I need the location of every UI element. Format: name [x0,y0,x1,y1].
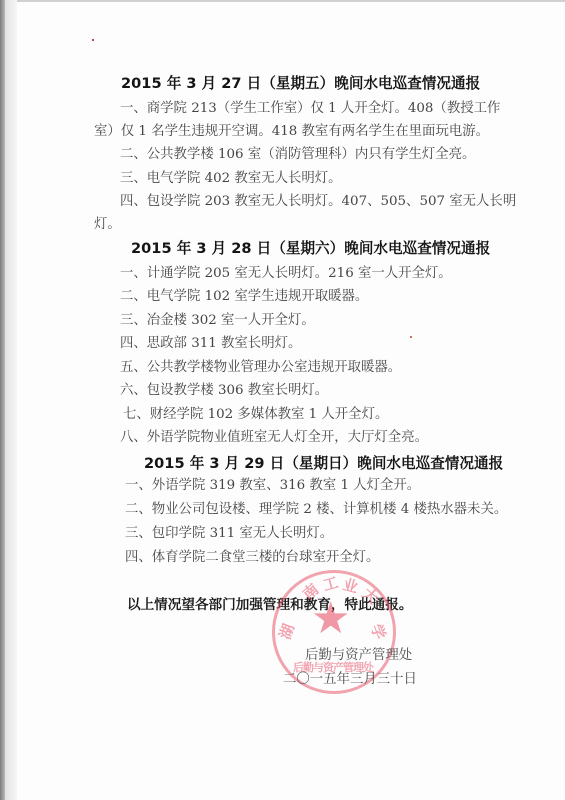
seal-char: 湖 [274,621,299,642]
section-title-0329: 2015 年 3 月 29 日（星期日）晚间水电巡查情况通报 [144,455,503,473]
signature-date: 二〇一五年三月三十日 [283,672,417,688]
report-line: 一、商学院 213（学生工作室）仅 1 人开全灯。408（教授工作 [120,101,500,117]
report-line: 一、计通学院 205 室无人长明灯。216 室一人开全灯。 [120,266,452,282]
report-line: 六、包设教学楼 306 教室长明灯。 [120,383,328,399]
report-line: 八、外语学院物业值班室无人灯全开，大厅灯全亮。 [120,430,428,446]
section-title-0327: 2015 年 3 月 27 日（星期五）晚间水电巡查情况通报 [121,75,480,93]
scan-speck [92,39,94,41]
report-line: 五、公共教学楼物业管理办公室违规开取暖器。 [120,360,401,376]
seal-char: 大 [358,583,383,609]
report-line: 三、冶金楼 302 室一人开全灯。 [120,313,315,329]
report-line: 灯。 [94,217,121,233]
report-line: 二、电气学院 102 室学生违规开取暖器。 [120,289,368,305]
report-line: 三、电气学院 402 教室无人长明灯。 [120,171,342,187]
report-line: 室）仅 1 名学生违规开空调。418 教室有两名学生在里面玩电游。 [94,124,489,140]
report-line: 四、体育学院二食堂三楼的台球室开全灯。 [125,550,379,566]
report-line: 二、物业公司包设楼、理学院 2 楼、计算机楼 4 楼热水器未关。 [125,502,507,518]
report-line: 二、公共教学楼 106 室（消防管理科）内只有学生灯全亮。 [120,147,475,163]
report-line: 三、包印学院 311 室无人长明灯。 [125,526,333,542]
seal-char: 业 [341,573,361,597]
scan-edge-highlight [5,0,17,800]
seal-char: 学 [366,621,391,642]
signature-department: 后勤与资产管理处 [305,648,412,664]
seal-star-icon: ★ [311,597,350,641]
report-line: 一、外语学院 319 教室、316 教室 1 人灯全开。 [125,478,420,494]
report-line: 四、包设学院 203 教室无人长明灯。407、505、507 室无人长明 [120,194,516,210]
scan-top-edge [17,0,565,2]
seal-char: 工 [321,571,341,595]
section-title-0328: 2015 年 3 月 28 日（星期六）晚间水电巡查情况通报 [131,240,490,258]
report-line: 四、思政部 311 教室长明灯。 [120,336,301,352]
scan-speck [410,336,412,338]
report-line: 七、财经学院 102 多媒体教室 1 人开全灯。 [123,407,388,423]
